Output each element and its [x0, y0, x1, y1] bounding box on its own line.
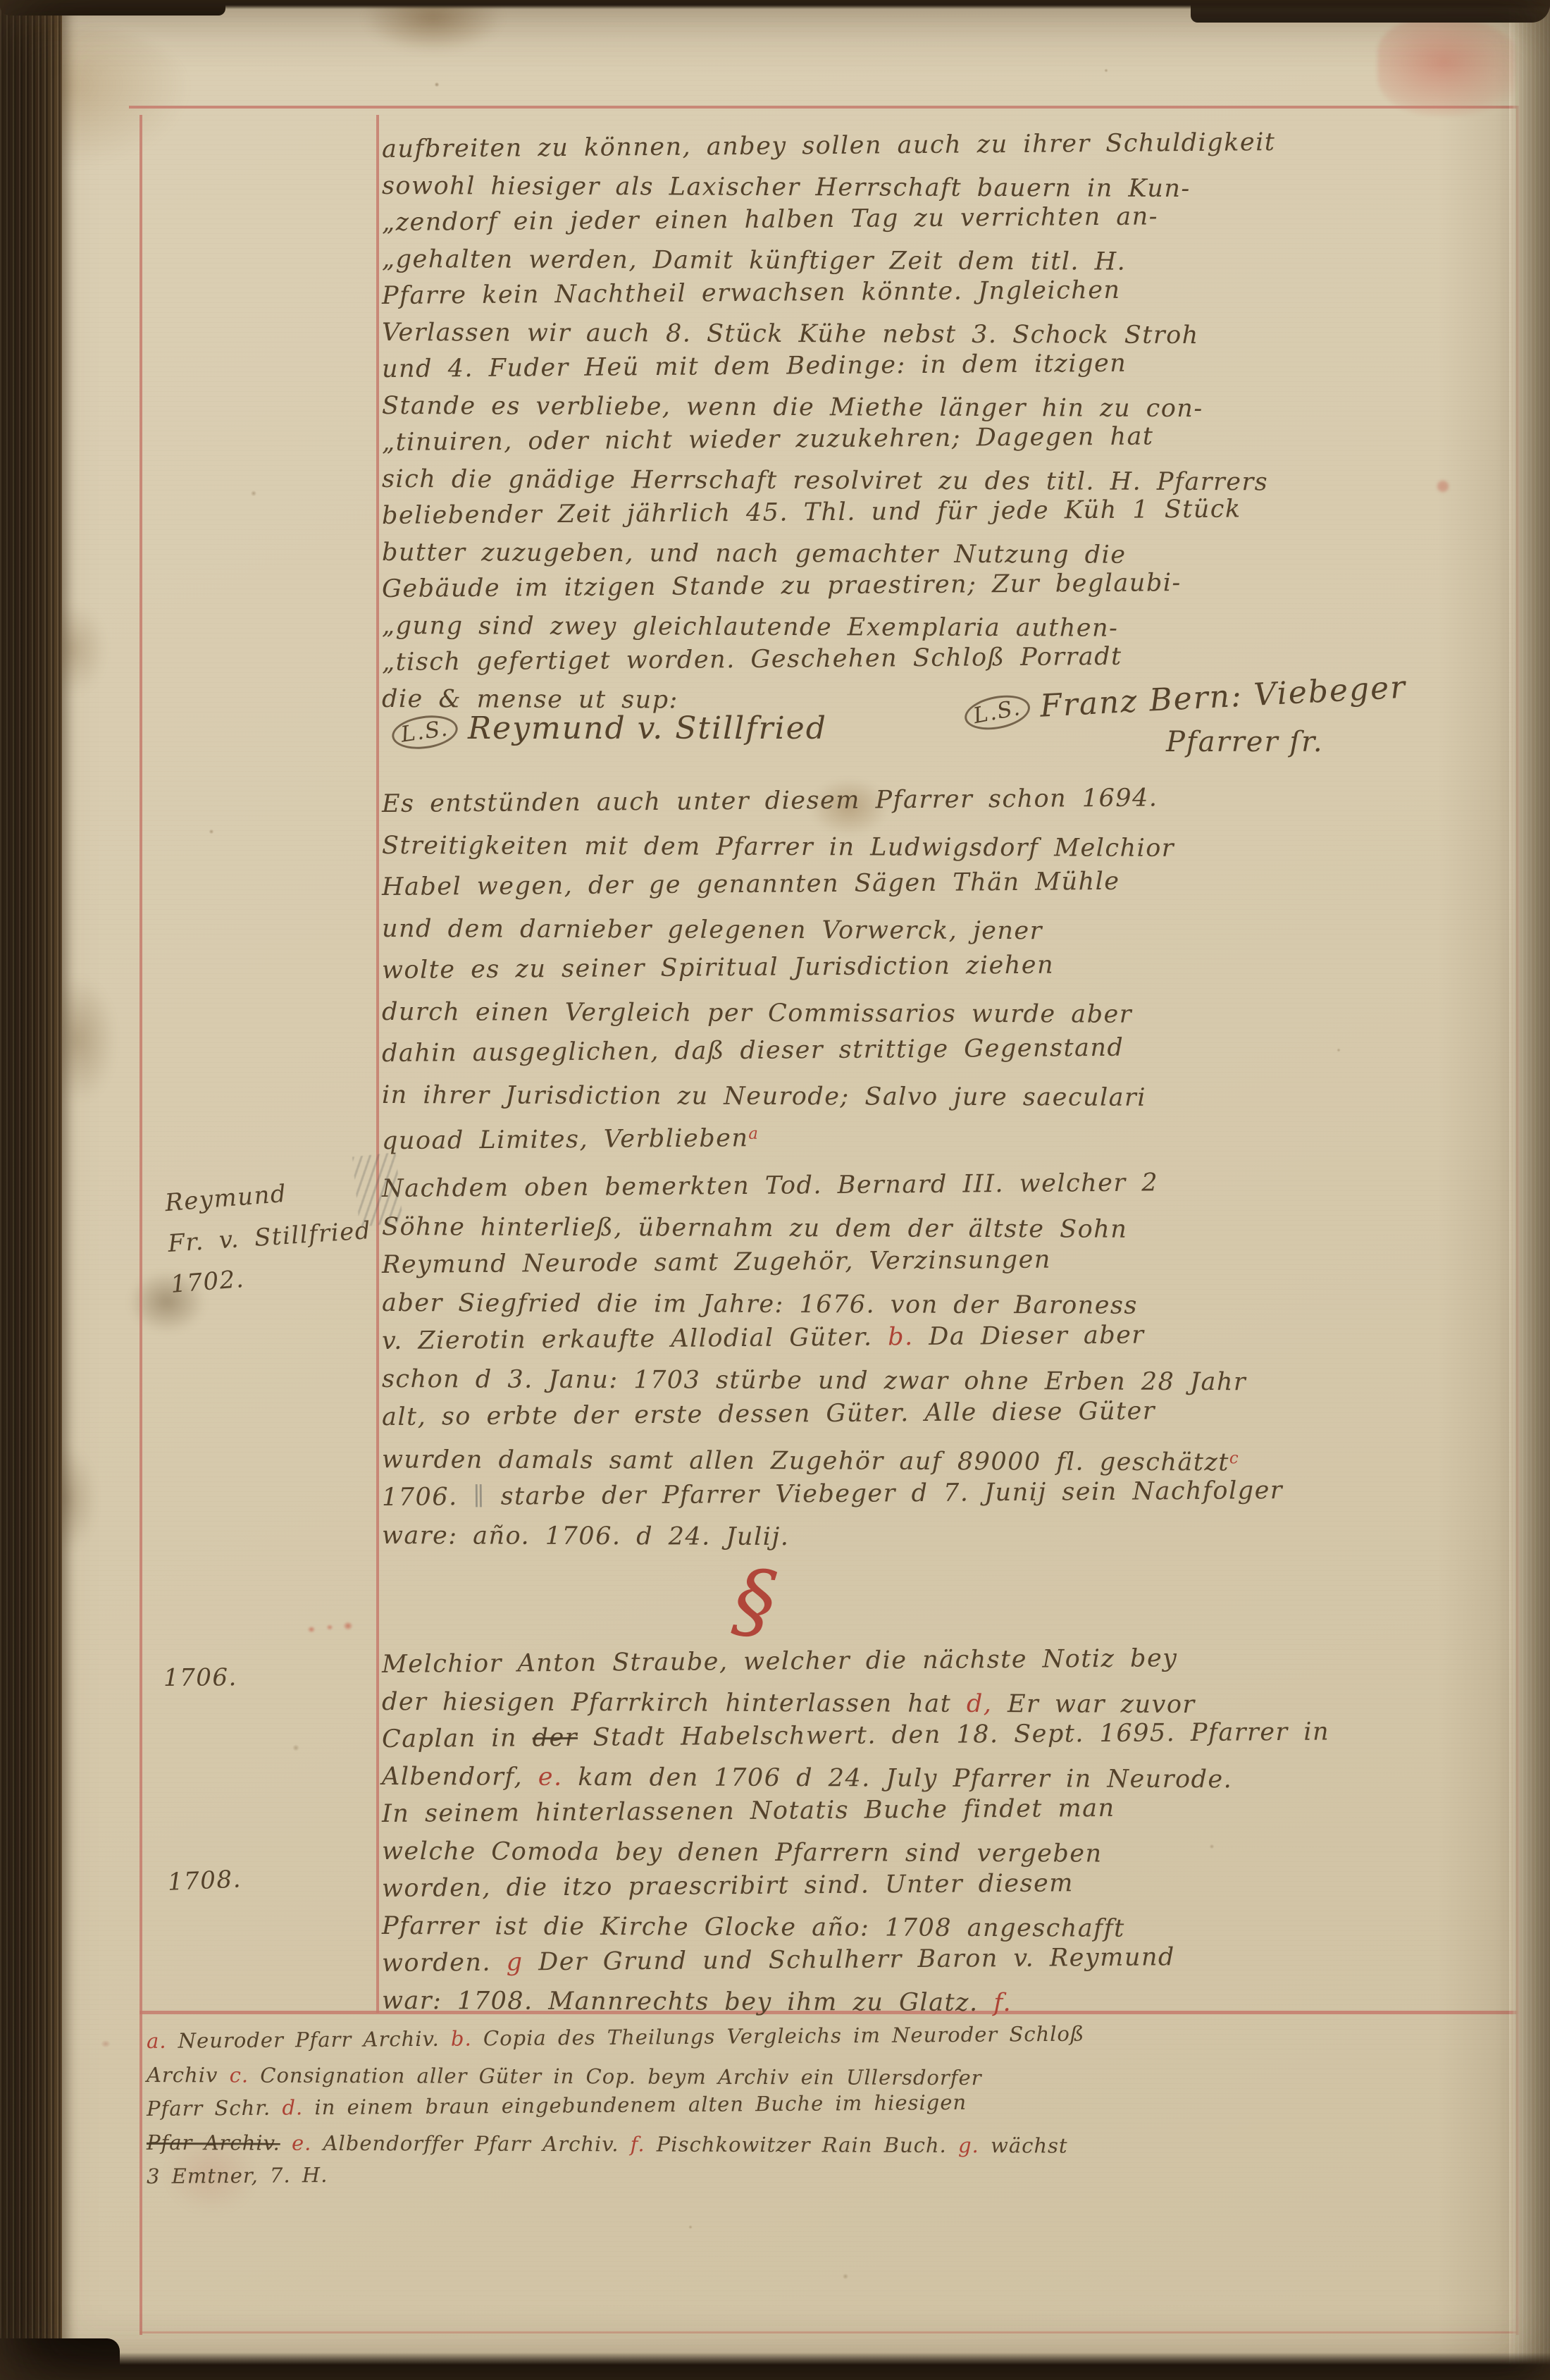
manuscript-page: ReymundFr. v. Stillfried1702. 1706. 1708… [0, 0, 1550, 2380]
page-vignette [0, 0, 1550, 2380]
